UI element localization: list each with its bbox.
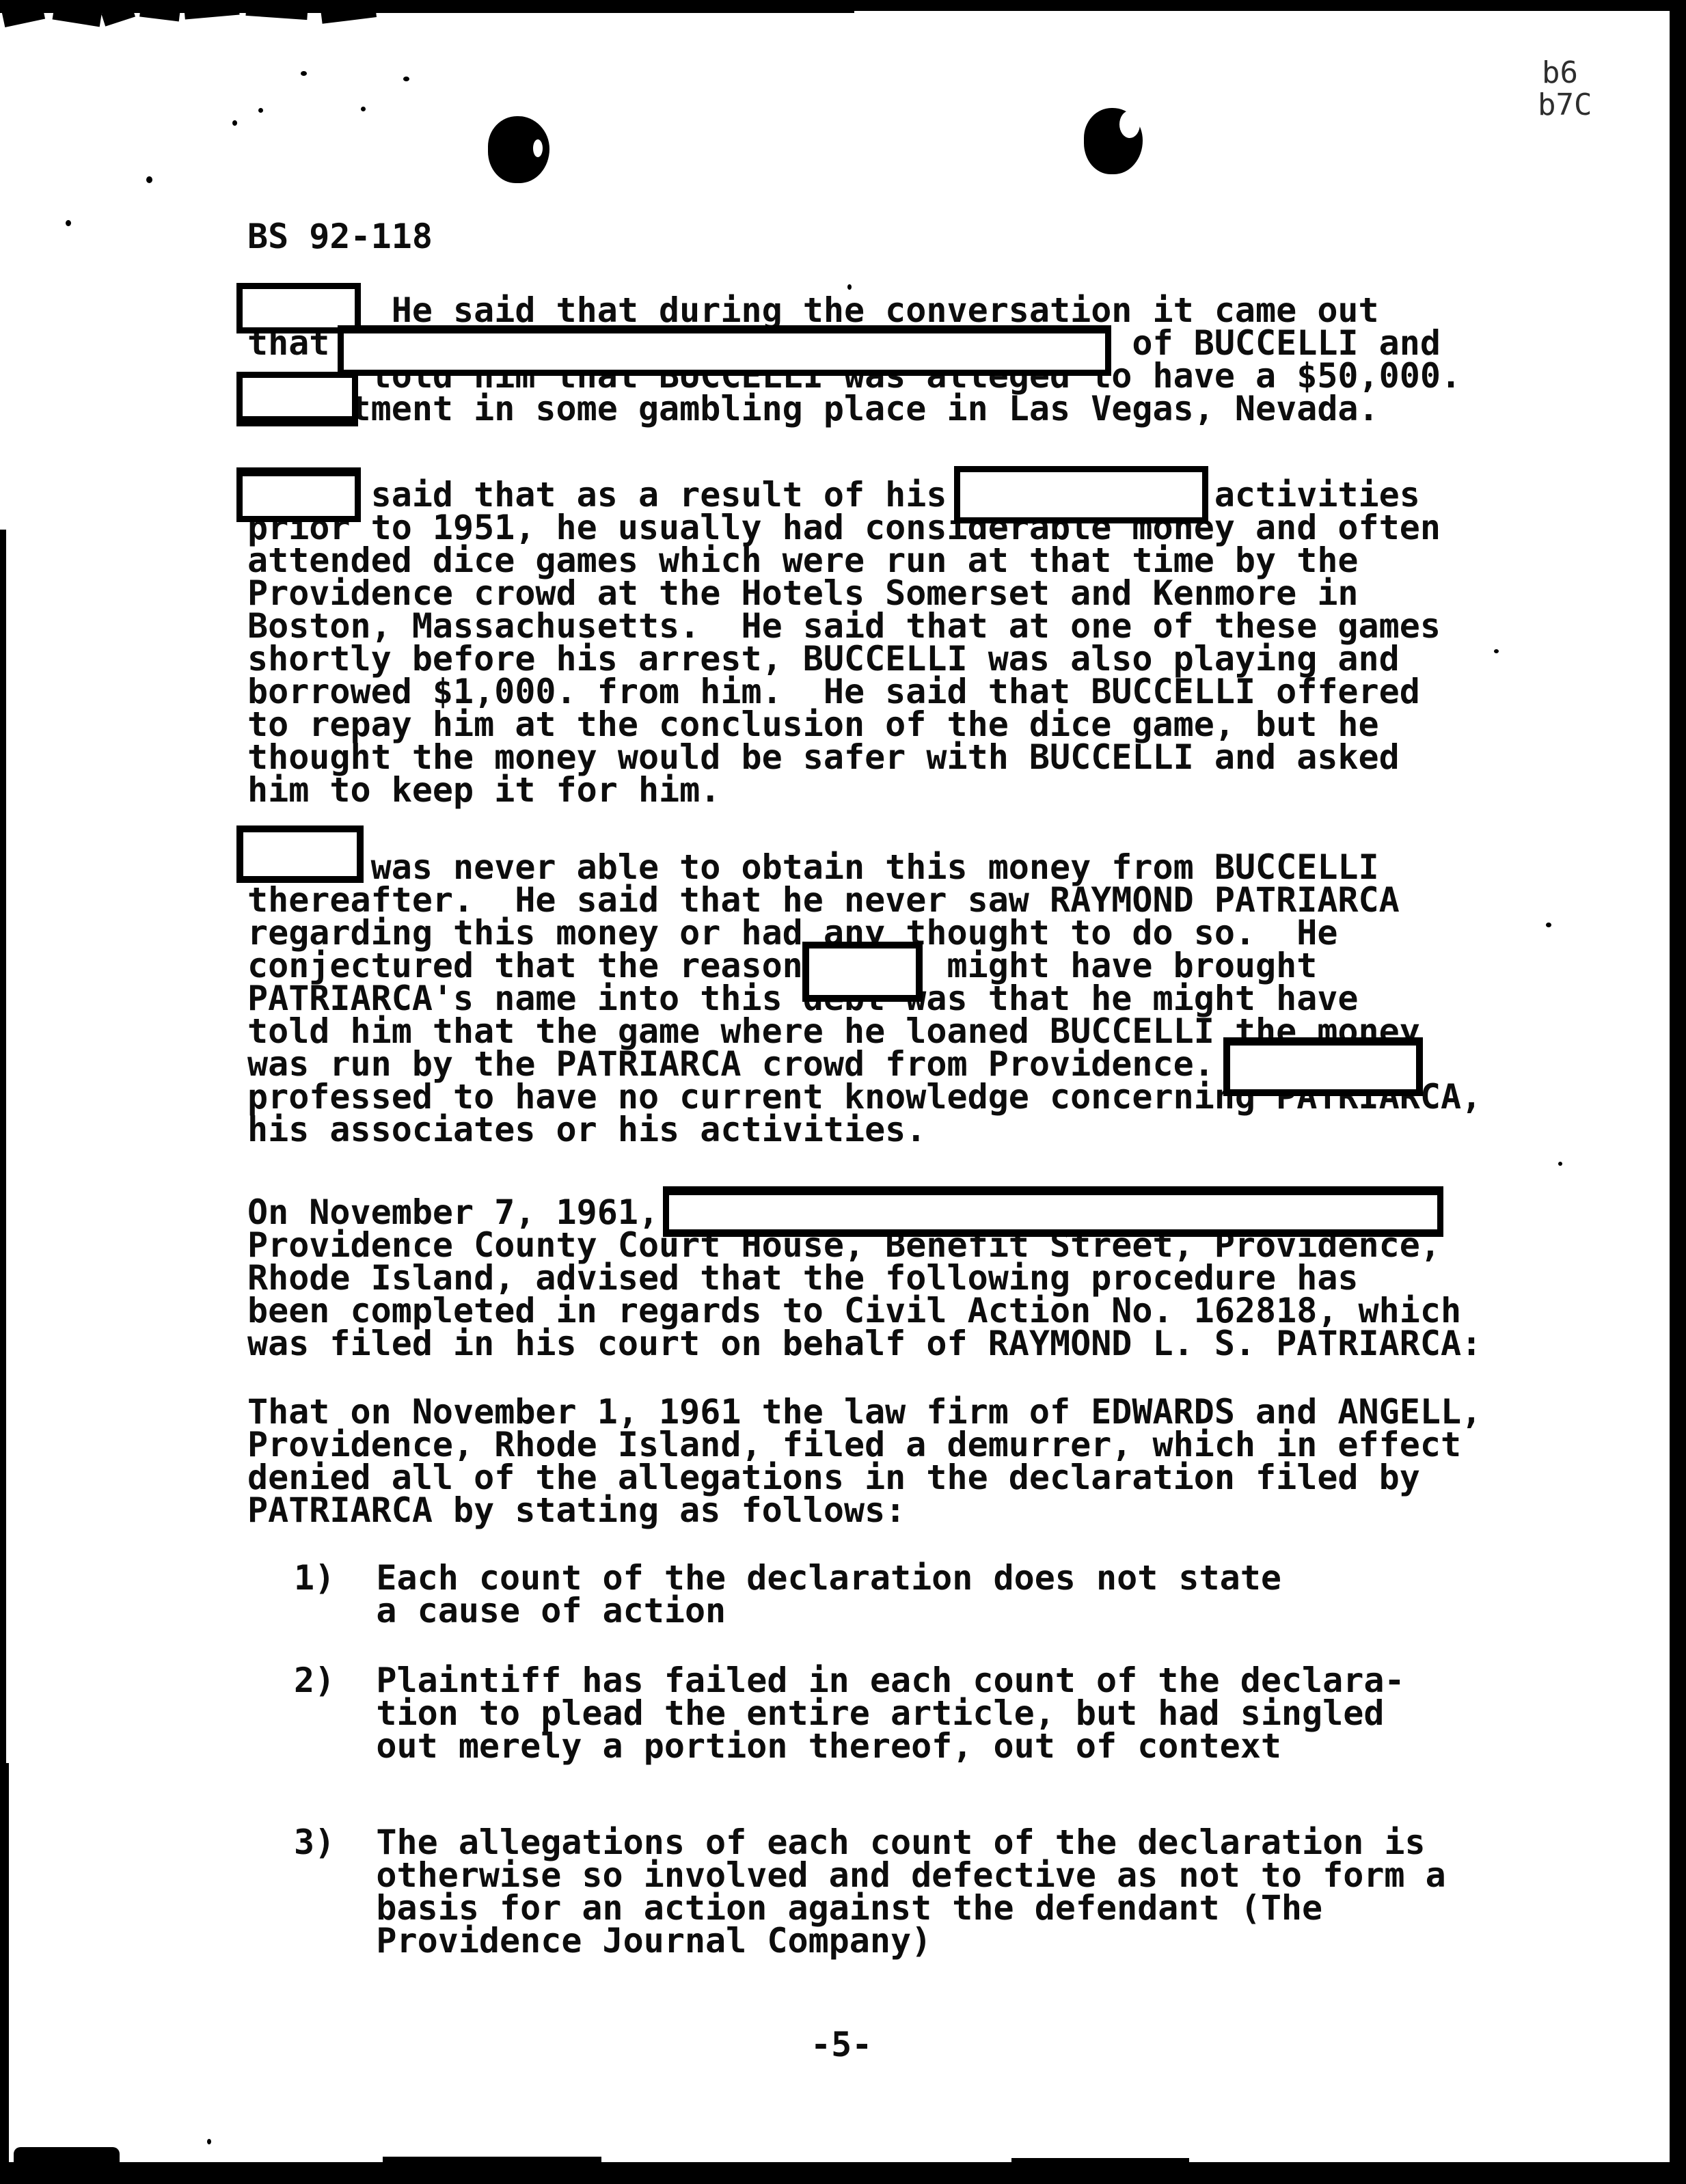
ink-speck	[847, 284, 852, 290]
redaction-box	[236, 467, 361, 522]
ink-speck	[146, 176, 152, 183]
exemption-mark-b6: b6	[1542, 57, 1578, 89]
ink-speck	[301, 71, 307, 76]
ink-speck	[207, 2139, 211, 2144]
ink-speck	[403, 77, 409, 81]
ink-speck	[1546, 923, 1551, 927]
ink-speck	[258, 108, 263, 113]
hole-punch-mark	[488, 116, 549, 183]
scan-bottom-blob	[14, 2147, 120, 2184]
scan-top-band-right	[854, 5, 1686, 11]
redaction-box	[1223, 1037, 1423, 1096]
redaction-box	[236, 372, 358, 426]
scan-bottom-band	[0, 2162, 1686, 2184]
ink-speck	[361, 107, 366, 111]
scan-right-strip	[1670, 0, 1686, 2184]
page-number: -5-	[811, 2028, 872, 2061]
redaction-box	[802, 942, 923, 1002]
ink-speck	[1494, 649, 1499, 653]
redaction-box	[663, 1186, 1443, 1237]
ink-speck	[66, 220, 71, 226]
redaction-box	[236, 825, 364, 883]
scan-left-line-lower	[0, 1763, 9, 2184]
hole-punch-notch	[533, 139, 543, 157]
list-item-2: 2) Plaintiff has failed in each count of…	[294, 1664, 1405, 1762]
paragraph-5: That on November 1, 1961 the law firm of…	[247, 1395, 1482, 1527]
redaction-box	[338, 325, 1111, 376]
ink-speck	[1558, 1162, 1562, 1166]
scan-bottom-bump	[1011, 2158, 1189, 2165]
scan-bottom-bump	[383, 2157, 601, 2165]
paragraph-2: said that as a result of his activities …	[247, 478, 1441, 806]
hole-punch-mark	[1084, 108, 1143, 174]
list-item-3: 3) The allegations of each count of the …	[294, 1826, 1446, 1957]
ink-speck	[232, 120, 237, 126]
scanned-document-page: b6 b7C BS 92-118 He said that during the…	[0, 0, 1686, 2184]
list-item-1: 1) Each count of the declaration does no…	[294, 1561, 1281, 1627]
file-number: BS 92-118	[247, 220, 433, 253]
hole-punch-notch	[1119, 111, 1140, 138]
redaction-box	[954, 466, 1208, 523]
exemption-mark-b7c: b7C	[1538, 90, 1592, 121]
